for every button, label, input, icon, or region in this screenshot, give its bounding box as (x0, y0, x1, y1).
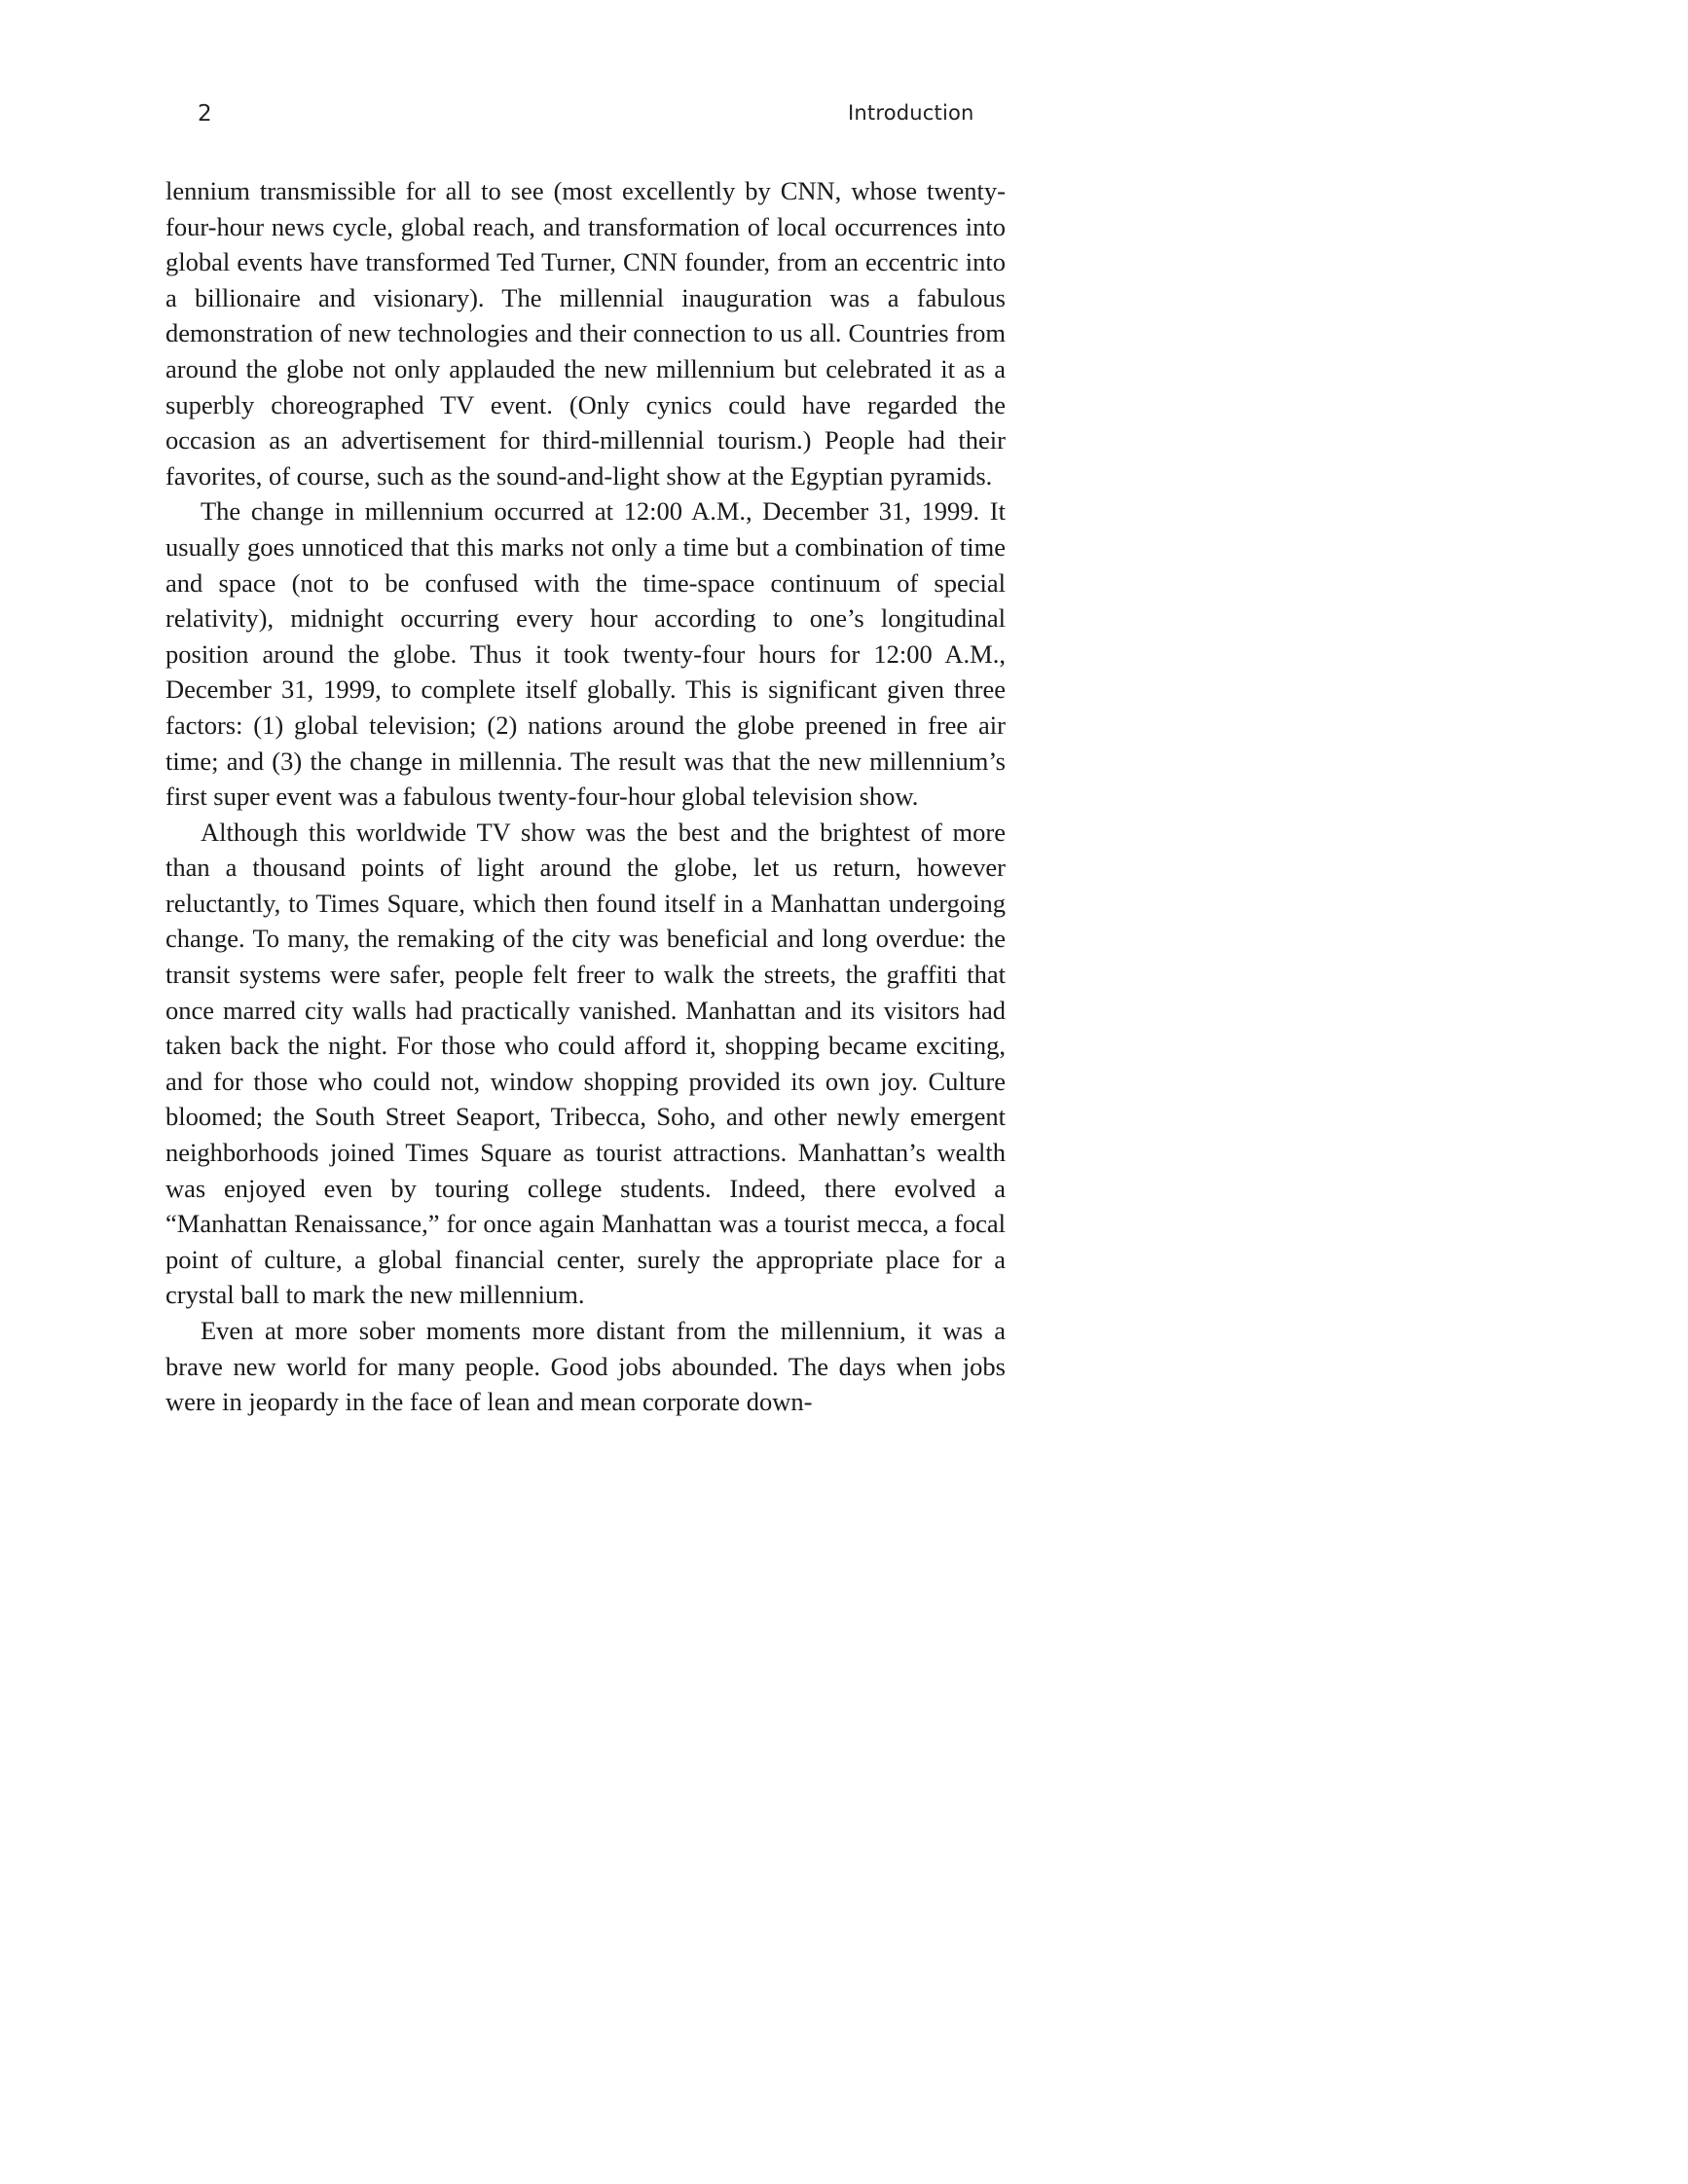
page-number: 2 (198, 101, 212, 127)
paragraph-4: Even at more sober moments more distant … (165, 1313, 1006, 1420)
paragraph-3: Although this worldwide TV show was the … (165, 815, 1006, 1313)
body-text: lennium transmissible for all to see (mo… (165, 173, 1006, 1420)
running-head: 2 Introduction (165, 101, 1006, 130)
running-title: Introduction (848, 101, 974, 125)
paragraph-1: lennium transmissible for all to see (mo… (165, 173, 1006, 493)
paragraph-2: The change in millennium occurred at 12:… (165, 493, 1006, 814)
